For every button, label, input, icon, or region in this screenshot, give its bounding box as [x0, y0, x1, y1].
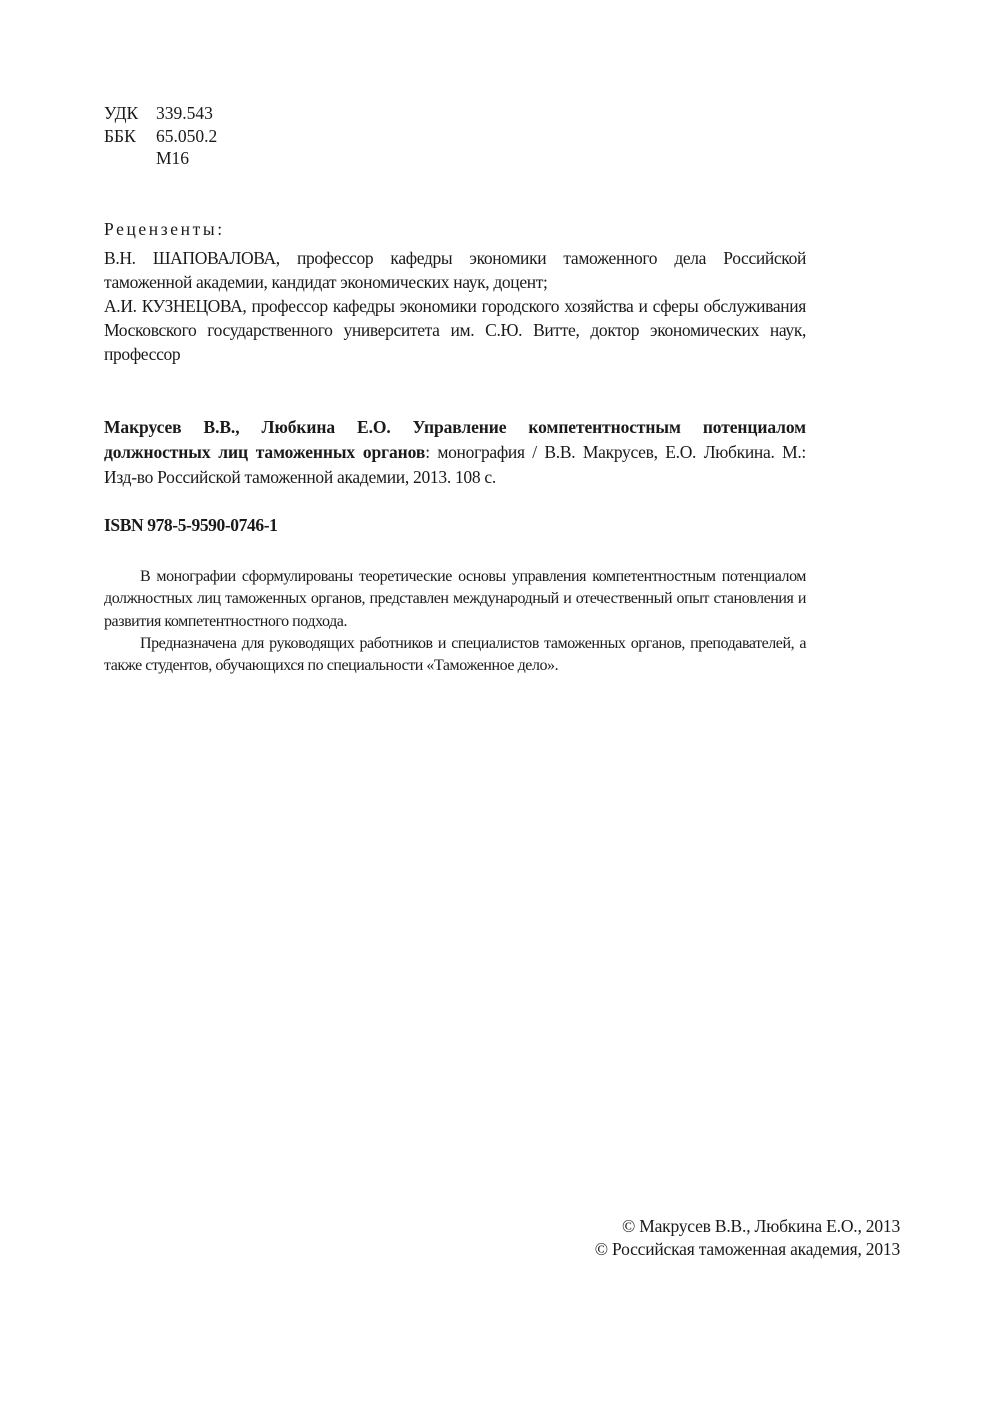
author-mark-row: М16 — [104, 147, 217, 170]
copyright-line: © Макрусев В.В., Любкина Е.О., 2013 — [595, 1215, 900, 1238]
reviewer-entry: А.И. КУЗНЕЦОВА, профессор кафедры эконом… — [104, 294, 806, 366]
isbn: ISBN 978-5-9590-0746-1 — [104, 515, 278, 536]
reviewer-entry: В.Н. ШАПОВАЛОВА, профессор кафедры эконо… — [104, 246, 806, 294]
author-mark-value: М16 — [156, 147, 189, 170]
bibliographic-citation: Макрусев В.В., Любкина Е.О. Управление к… — [104, 415, 806, 490]
reviewers-list: В.Н. ШАПОВАЛОВА, профессор кафедры эконо… — [104, 246, 806, 366]
udk-label: УДК — [104, 102, 156, 125]
abstract: В монографии сформулированы теоретически… — [104, 566, 806, 677]
bbk-value: 65.050.2 — [156, 125, 217, 148]
classification-block: УДК 339.543 ББК 65.050.2 М16 — [104, 102, 217, 170]
author-mark-label — [104, 147, 156, 170]
udk-value: 339.543 — [156, 102, 213, 125]
udk-row: УДК 339.543 — [104, 102, 217, 125]
copyright-block: © Макрусев В.В., Любкина Е.О., 2013 © Ро… — [595, 1215, 900, 1261]
bbk-row: ББК 65.050.2 — [104, 125, 217, 148]
copyright-line: © Российская таможенная академия, 2013 — [595, 1238, 900, 1261]
abstract-paragraph: Предназначена для руководящих работников… — [104, 633, 806, 678]
bbk-label: ББК — [104, 125, 156, 148]
abstract-paragraph: В монографии сформулированы теоретически… — [104, 566, 806, 633]
reviewers-heading: Рецензенты: — [104, 219, 225, 240]
